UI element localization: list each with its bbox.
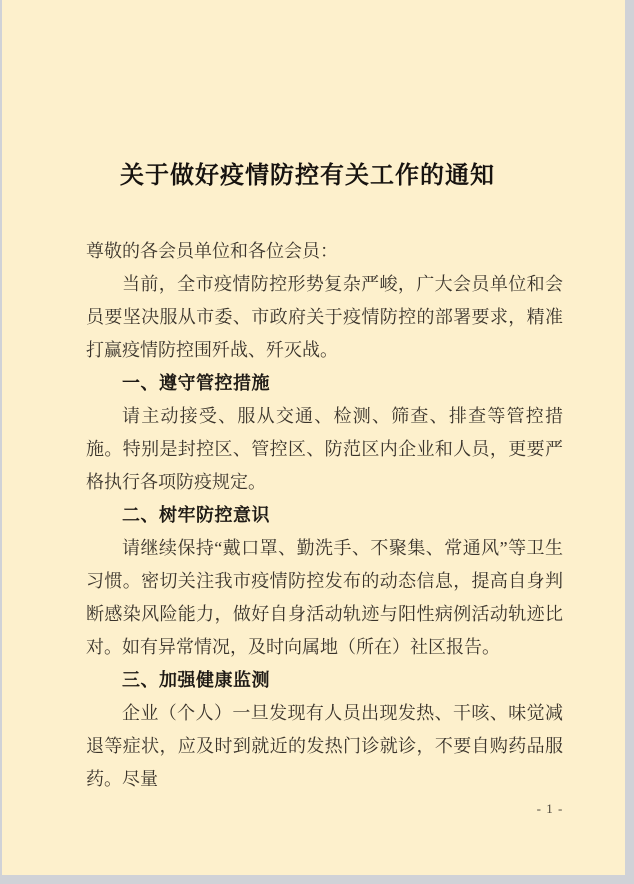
paragraph-intro: 当前，全市疫情防控形势复杂严峻，广大会员单位和会员要坚决服从市委、市政府关于疫情… bbox=[86, 268, 563, 367]
document-page: 关于做好疫情防控有关工作的通知 尊敬的各会员单位和各位会员： 当前，全市疫情防控… bbox=[2, 0, 625, 875]
document-title: 关于做好疫情防控有关工作的通知 bbox=[2, 0, 613, 192]
paragraph-section-2: 请继续保持“戴口罩、勤洗手、不聚集、常通风”等卫生习惯。密切关注我市疫情防控发布… bbox=[86, 532, 563, 664]
document-body: 尊敬的各会员单位和各位会员： 当前，全市疫情防控形势复杂严峻，广大会员单位和会员… bbox=[86, 235, 563, 796]
paragraph-section-1: 请主动接受、服从交通、检测、筛查、排查等管控措施。特别是封控区、管控区、防范区内… bbox=[86, 400, 563, 499]
salutation-line: 尊敬的各会员单位和各位会员： bbox=[86, 235, 563, 268]
paragraph-section-3: 企业（个人）一旦发现有人员出现发热、干咳、味觉减退等症状，应及时到就近的发热门诊… bbox=[86, 697, 563, 796]
section-heading-2: 二、树牢防控意识 bbox=[86, 499, 563, 532]
section-heading-1: 一、遵守管控措施 bbox=[86, 367, 563, 400]
page-number: - 1 - bbox=[528, 801, 572, 817]
section-heading-3: 三、加强健康监测 bbox=[86, 664, 563, 697]
